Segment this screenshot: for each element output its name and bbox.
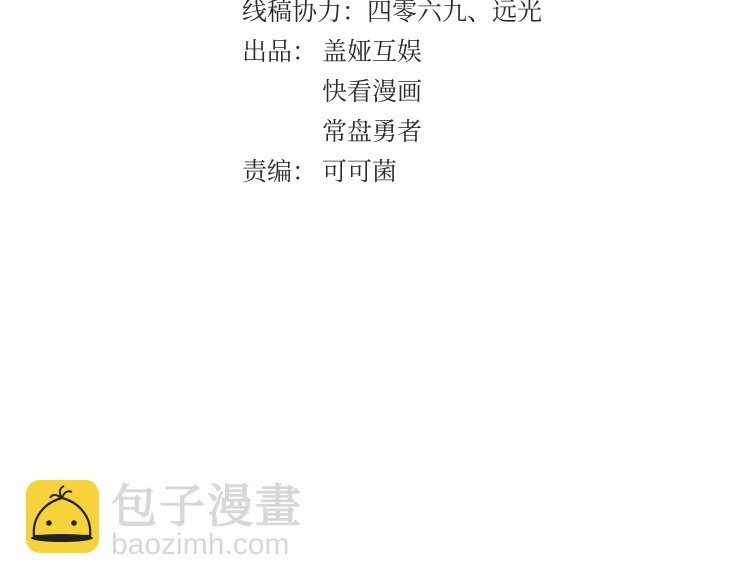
credit-value: 可可菌: [322, 152, 397, 192]
credit-value: 快看漫画: [322, 72, 422, 112]
credit-label: 出品：: [242, 32, 322, 72]
watermark-name: 包子漫畫: [111, 480, 303, 532]
site-watermark: 包子漫畫 baozimh.com: [26, 480, 303, 560]
credit-value: 四零六九、远光: [367, 0, 542, 32]
bun-logo-icon: [26, 480, 99, 553]
credit-row-producer-2: 快看漫画: [242, 72, 542, 112]
credit-label: 责编：: [242, 152, 322, 192]
watermark-text: 包子漫畫 baozimh.com: [111, 480, 303, 560]
credit-label: [242, 72, 322, 112]
credit-row-editor: 责编：可可菌: [242, 152, 542, 192]
credit-value: 盖娅互娱: [322, 32, 422, 72]
watermark-url: baozimh.com: [111, 530, 303, 560]
credit-row-producer-3: 常盘勇者: [242, 112, 542, 152]
credits-block: 线稿协力：四零六九、远光 出品：盖娅互娱 快看漫画 常盘勇者 责编：可可菌: [242, 0, 542, 192]
credit-label: [242, 112, 322, 152]
credit-value: 常盘勇者: [322, 112, 422, 152]
credit-row-producer: 出品：盖娅互娱: [242, 32, 542, 72]
credit-row-lineart: 线稿协力：四零六九、远光: [242, 0, 542, 32]
credit-label: 线稿协力：: [242, 0, 367, 32]
